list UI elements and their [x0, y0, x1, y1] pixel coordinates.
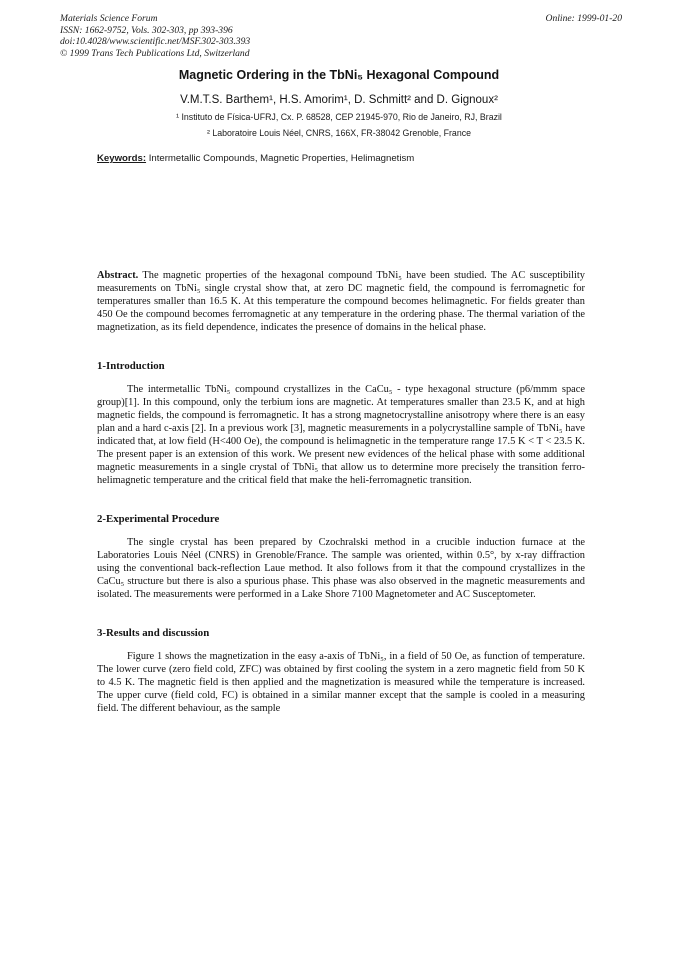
paper-body: Abstract. The magnetic properties of the…: [97, 269, 585, 715]
section-heading-introduction: 1-Introduction: [97, 360, 585, 373]
online-date: Online: 1999-01-20: [546, 13, 622, 25]
journal-info-block: Materials Science Forum ISSN: 1662-9752,…: [60, 13, 250, 59]
results-discussion-paragraph: Figure 1 shows the magnetization in the …: [97, 650, 585, 715]
paper-title: Magnetic Ordering in the TbNi₅ Hexagonal…: [0, 68, 678, 83]
section-heading-results-discussion: 3-Results and discussion: [97, 627, 585, 640]
journal-header: Materials Science Forum ISSN: 1662-9752,…: [60, 13, 622, 59]
copyright-line: © 1999 Trans Tech Publications Ltd, Swit…: [60, 48, 250, 60]
doi-line: doi:10.4028/www.scientific.net/MSF.302-3…: [60, 36, 250, 48]
abstract-paragraph: Abstract. The magnetic properties of the…: [97, 269, 585, 334]
introduction-paragraph: The intermetallic TbNi₅ compound crystal…: [97, 383, 585, 487]
keywords-text: Intermetallic Compounds, Magnetic Proper…: [146, 153, 414, 164]
authors-line: V.M.T.S. Barthem¹, H.S. Amorim¹, D. Schm…: [0, 93, 678, 107]
abstract-label: Abstract.: [97, 270, 138, 281]
abstract-text: The magnetic properties of the hexagonal…: [97, 270, 585, 333]
affiliation-2: ² Laboratoire Louis Néel, CNRS, 166X, FR…: [0, 128, 678, 139]
paper-page: Materials Science Forum ISSN: 1662-9752,…: [0, 0, 678, 959]
section-heading-experimental-procedure: 2-Experimental Procedure: [97, 513, 585, 526]
keywords-line: Keywords: Intermetallic Compounds, Magne…: [97, 153, 585, 165]
journal-name: Materials Science Forum: [60, 13, 250, 25]
experimental-procedure-paragraph: The single crystal has been prepared by …: [97, 536, 585, 601]
issn-line: ISSN: 1662-9752, Vols. 302-303, pp 393-3…: [60, 25, 250, 37]
keywords-label: Keywords:: [97, 153, 146, 164]
affiliation-1: ¹ Instituto de Física-UFRJ, Cx. P. 68528…: [0, 112, 678, 123]
